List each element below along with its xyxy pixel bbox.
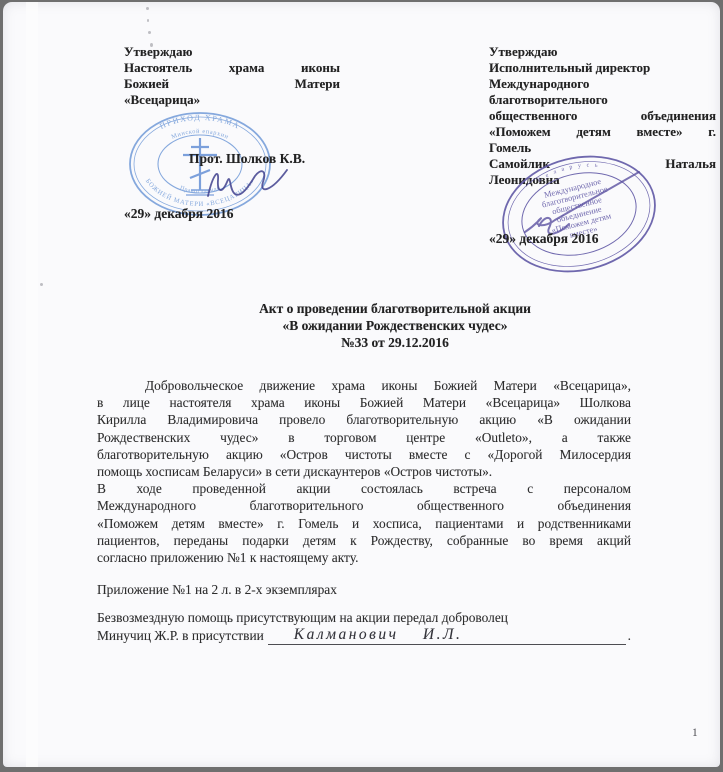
text-line: благотворительного <box>489 92 716 108</box>
body-paragraph-2: В ходе проведенной акции состоялась встр… <box>97 480 631 566</box>
approval-date-left: «29» декабря 2016 <box>124 206 233 222</box>
closing-line-2: Минучиц Ж.Р. в присутствии Калманович И.… <box>97 627 631 645</box>
text-line: благотворительную акцию «Остров чистоты … <box>97 446 631 463</box>
text-line: Исполнительный директор <box>489 60 716 76</box>
scanned-document-frame: УтверждаюНастоятель храма иконыБожией Ма… <box>0 0 723 772</box>
text-line: Акт о проведении благотворительной акции <box>165 300 625 317</box>
scan-speck <box>147 19 149 22</box>
text-line: Добровольческое движение храма иконы Бож… <box>97 377 631 394</box>
text-line: Кирилла Владимировича провело благотвори… <box>97 411 631 428</box>
text-line: Утверждаю <box>489 44 716 60</box>
charity-seal-stamp: Б е л а р у с ь Международное благотвори… <box>497 152 662 277</box>
scan-speck <box>40 283 43 286</box>
attachment-note: Приложение №1 на 2 л. в 2-х экземплярах <box>97 581 631 598</box>
handwriting-underline: Калманович И.Л. <box>268 627 626 645</box>
document-body: Добровольческое движение храма иконы Бож… <box>97 377 631 645</box>
closing-period: . <box>628 627 631 644</box>
page-number: 1 <box>692 727 698 739</box>
text-line: Настоятель храма иконы <box>124 60 340 76</box>
text-line: Рождественских чудес» в торговом центре … <box>97 429 631 446</box>
text-line: помощь хосписам Беларуси» в сети дискаун… <box>97 463 631 480</box>
closing-line-2-prefix: Минучиц Ж.Р. в присутствии <box>97 627 264 644</box>
text-line: Утверждаю <box>124 44 340 60</box>
approval-date-right: «29» декабря 2016 <box>489 231 598 247</box>
approval-left-block: УтверждаюНастоятель храма иконыБожией Ма… <box>124 44 340 108</box>
text-line: в лице настоятеля храма иконы Божией Мат… <box>97 394 631 411</box>
text-line: «В ожидании Рождественских чудес» <box>165 317 625 334</box>
text-line: «Поможем детям вместе» г. Гомель и хоспи… <box>97 515 631 532</box>
text-line: Международного благотворительного общест… <box>97 497 631 514</box>
handwritten-name: Калманович И.Л. <box>294 626 463 643</box>
text-line: Международного <box>489 76 716 92</box>
closing-line-1: Безвозмездную помощь присутствующим на а… <box>97 609 631 626</box>
scan-speck <box>148 31 151 34</box>
text-line: общественного объединения <box>489 108 716 124</box>
document-title: Акт о проведении благотворительной акции… <box>165 300 625 351</box>
scan-fold-artifact <box>26 2 38 767</box>
text-line: «Поможем детям вместе» г. <box>489 124 716 140</box>
text-line: №33 от 29.12.2016 <box>165 334 625 351</box>
signature-name-left: Прот. Шолков К.В. <box>189 151 305 167</box>
text-line: «Всецарица» <box>124 92 340 108</box>
text-line: В ходе проведенной акции состоялась встр… <box>97 480 631 497</box>
body-paragraph-1: Добровольческое движение храма иконы Бож… <box>97 377 631 480</box>
text-line: Божией Матери <box>124 76 340 92</box>
text-line: согласно приложению №1 к настоящему акту… <box>97 549 631 566</box>
scan-speck <box>146 7 149 10</box>
signature-scribble-left-icon <box>205 164 293 202</box>
text-line: пациентов, переданы подарки детям к Рожд… <box>97 532 631 549</box>
